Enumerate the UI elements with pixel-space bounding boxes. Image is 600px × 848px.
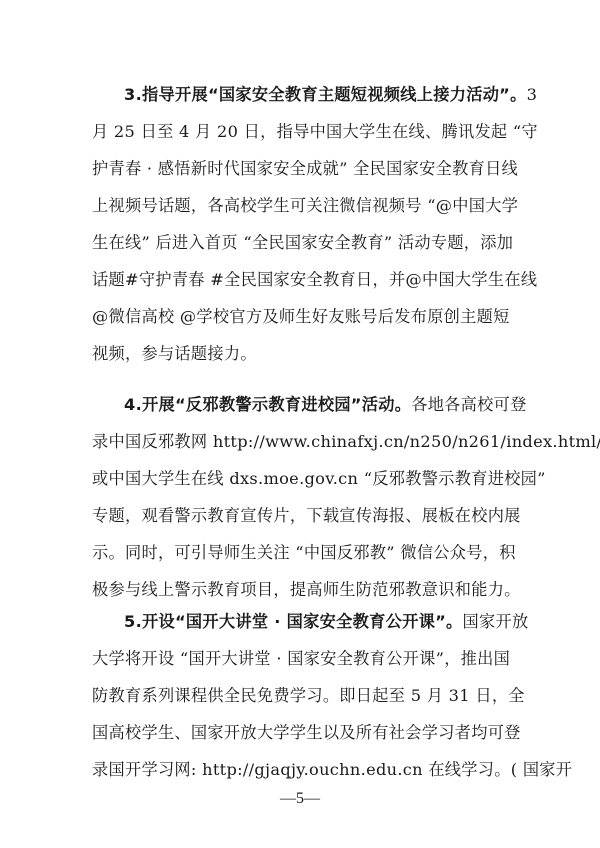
paragraph-line: 上视频号话题，各高校学生可关注微信视频号 “@中国大学 <box>92 193 508 219</box>
section-5-first-line: 5.开设“国开大讲堂 · 国家安全教育公开课”。国家开放 <box>124 609 508 635</box>
paragraph-line: 生在线” 后进入首页 “全民国家安全教育” 活动专题，添加 <box>92 230 508 256</box>
section-4-first-line: 4.开展“反邪教警示教育进校园”活动。各地各高校可登 <box>124 392 508 418</box>
paragraph-line: 月 25 日至 4 月 20 日，指导中国大学生在线、腾讯发起 “守 <box>92 119 508 145</box>
paragraph-line: 护青春 · 感悟新时代国家安全成就” 全民国家安全教育日线 <box>92 156 508 182</box>
section-3-heading: 3.指导开展“国家安全教育主题短视频线上接力活动”。 <box>124 85 527 104</box>
paragraph-line: 专题，观看警示教育宣传片，下载宣传海报、展板在校内展 <box>92 503 508 529</box>
paragraph-line: 防教育系列课程供全民免费学习。即日起至 5 月 31 日，全 <box>92 683 508 709</box>
section-4-heading: 4.开展“反邪教警示教育进校园”活动。 <box>124 395 411 414</box>
section-3-first-line: 3.指导开展“国家安全教育主题短视频线上接力活动”。3 <box>124 82 508 108</box>
paragraph-line: @微信高校 @学校官方及师生好友账号后发布原创主题短 <box>92 304 508 330</box>
paragraph-line: 录国开学习网: http://gjaqjy.ouchn.edu.cn 在线学习。… <box>92 757 508 783</box>
paragraph-line: 视频，参与话题接力。 <box>92 341 508 367</box>
section-5-heading: 5.开设“国开大讲堂 · 国家安全教育公开课”。 <box>124 612 463 631</box>
paragraph-line: 大学将开设 “国开大讲堂 · 国家安全教育公开课”，推出国 <box>92 646 508 672</box>
paragraph-line: 国高校学生、国家开放大学学生以及所有社会学习者均可登 <box>92 720 508 746</box>
page-number: —5— <box>0 790 600 808</box>
paragraph-line: 或中国大学生在线 dxs.moe.gov.cn “反邪教警示教育进校园” <box>92 466 508 492</box>
paragraph-line: 极参与线上警示教育项目，提高师生防范邪教意识和能力。 <box>92 577 508 603</box>
paragraph-line: 录中国反邪教网 http://www.chinafxj.cn/n250/n261… <box>92 429 508 455</box>
paragraph-line: 示。同时，可引导师生关注 “中国反邪教” 微信公众号，积 <box>92 540 508 566</box>
paragraph-line: 话题#守护青春 #全民国家安全教育日，并@中国大学生在线 <box>92 267 508 293</box>
